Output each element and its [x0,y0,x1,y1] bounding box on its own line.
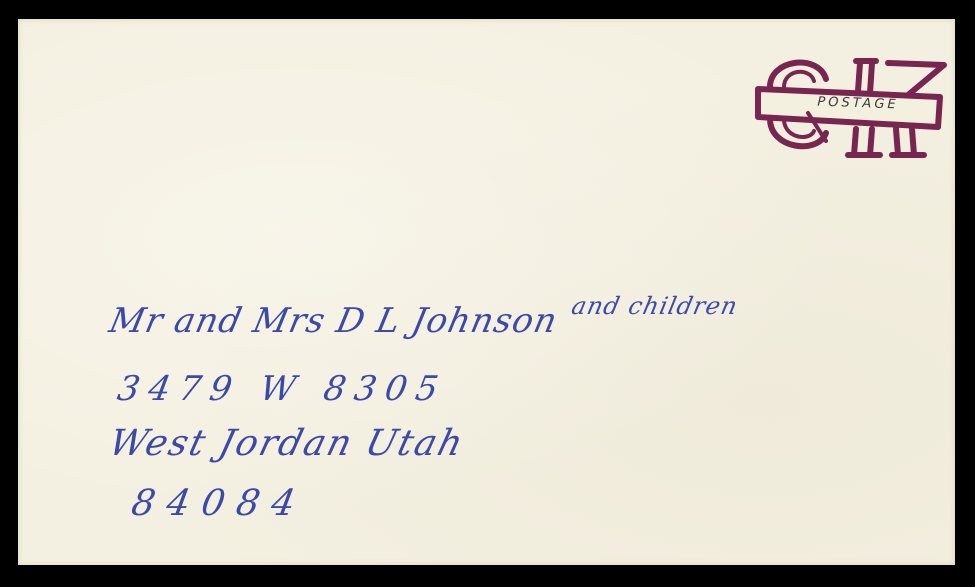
recipient-name: Mr and Mrs D L Johnson [106,301,562,341]
zip-line: 84084 [128,483,310,524]
recipient-suffix: and children [569,292,740,320]
envelope: POSTAGE Mr and Mrs D L Johnson and child… [18,19,955,565]
postage-stamp: POSTAGE [748,49,953,159]
street-line: 3479 W 8305 [114,369,450,409]
city-state-line: West Jordan Utah [105,423,469,464]
recipient-line: Mr and Mrs D L Johnson and children [106,301,739,341]
